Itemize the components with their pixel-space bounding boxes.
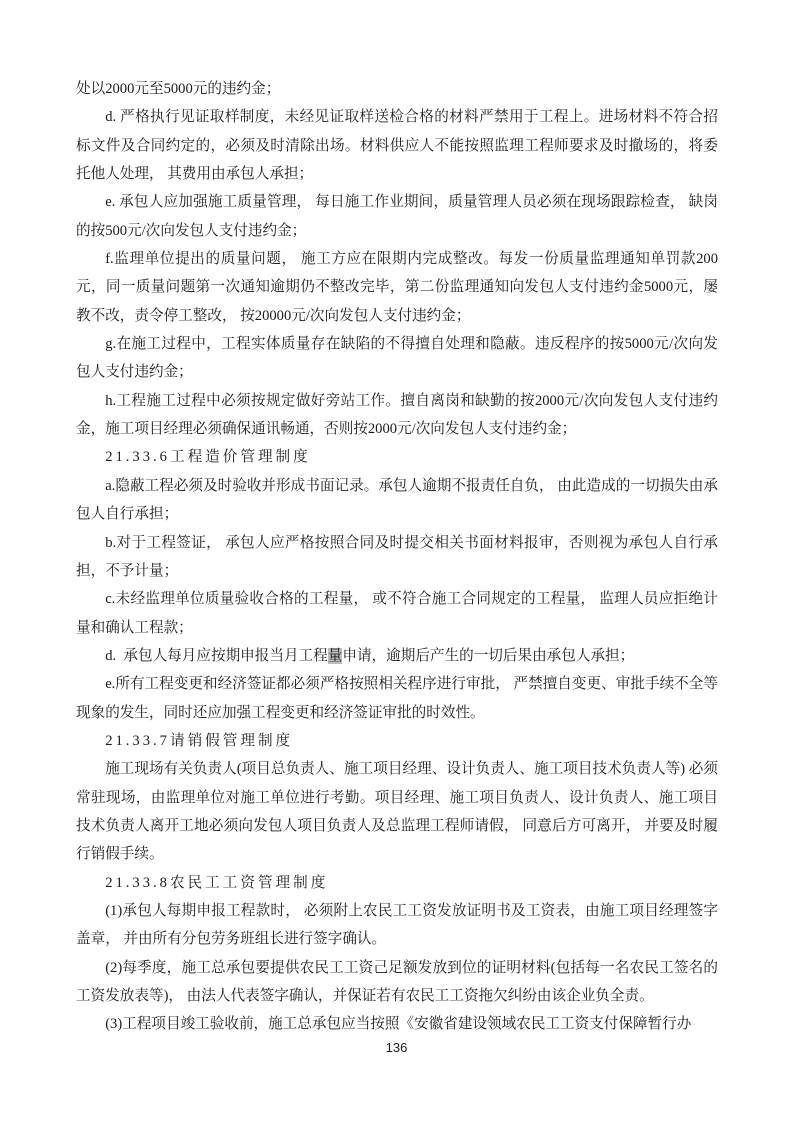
paragraph: a.隐蔽工程必须及时验收并形成书面记录。承包人逾期不报责任自负， 由此造成的一切… [76,472,718,529]
paragraph: e. 承包人应加强施工质量管理， 每日施工作业期间，质量管理人员必须在现场跟踪检… [76,188,718,245]
page-footer: 136 [0,1040,793,1055]
section-heading: 21.33.8农民工工资管理制度 [76,869,718,897]
paragraph: f.监理单位提出的质量问题， 施工方应在限期内完成整改。每发一份质量监理通知单罚… [76,245,718,330]
paragraph: d. 承包人每月应按期申报当月工程量申请，逾期后产生的一切后果由承包人承担； [76,642,718,670]
paragraph: g.在施工过程中，工程实体质量存在缺陷的不得擅自处理和隐蔽。违反程序的按5000… [76,330,718,387]
paragraph: h.工程施工过程中必须按规定做好旁站工作。擅自离岗和缺勤的按2000元/次向发包… [76,387,718,444]
paragraph: e.所有工程变更和经济签证都必须严格按照相关程序进行审批， 严禁擅自变更、审批手… [76,670,718,727]
paragraph: d. 严格执行见证取样制度，未经见证取样送检合格的材料严禁用于工程上。进场材料不… [76,103,718,188]
page-number: 136 [386,1040,408,1055]
section-heading: 21.33.7请销假管理制度 [76,727,718,755]
paragraph: (2)每季度，施工总承包要提供农民工工资己足额发放到位的证明材料(包括每一名农民… [76,954,718,1011]
paragraph: c.未经监理单位质量验收合格的工程量， 或不符合施工合同规定的工程量， 监理人员… [76,585,718,642]
highlighted-text: 量 [328,648,343,664]
section-heading: 21.33.6工程造价管理制度 [76,443,718,471]
paragraph: (3)工程项目竣工验收前，施工总承包应当按照《安徽省建设领域农民工工资支付保障暂… [76,1010,718,1038]
paragraph: (1)承包人每期申报工程款时， 必须附上农民工工资发放证明书及工资表，由施工项目… [76,897,718,954]
paragraph: 处以2000元至5000元的违约金； [76,75,718,103]
paragraph: 施工现场有关负责人(项目总负责人、施工项目经理、设计负责人、施工项目技术负责人等… [76,755,718,868]
paragraph: b.对于工程签证， 承包人应严格按照合同及时提交相关书面材料报审，否则视为承包人… [76,529,718,586]
document-content: 处以2000元至5000元的违约金；d. 严格执行见证取样制度，未经见证取样送检… [76,75,718,1039]
